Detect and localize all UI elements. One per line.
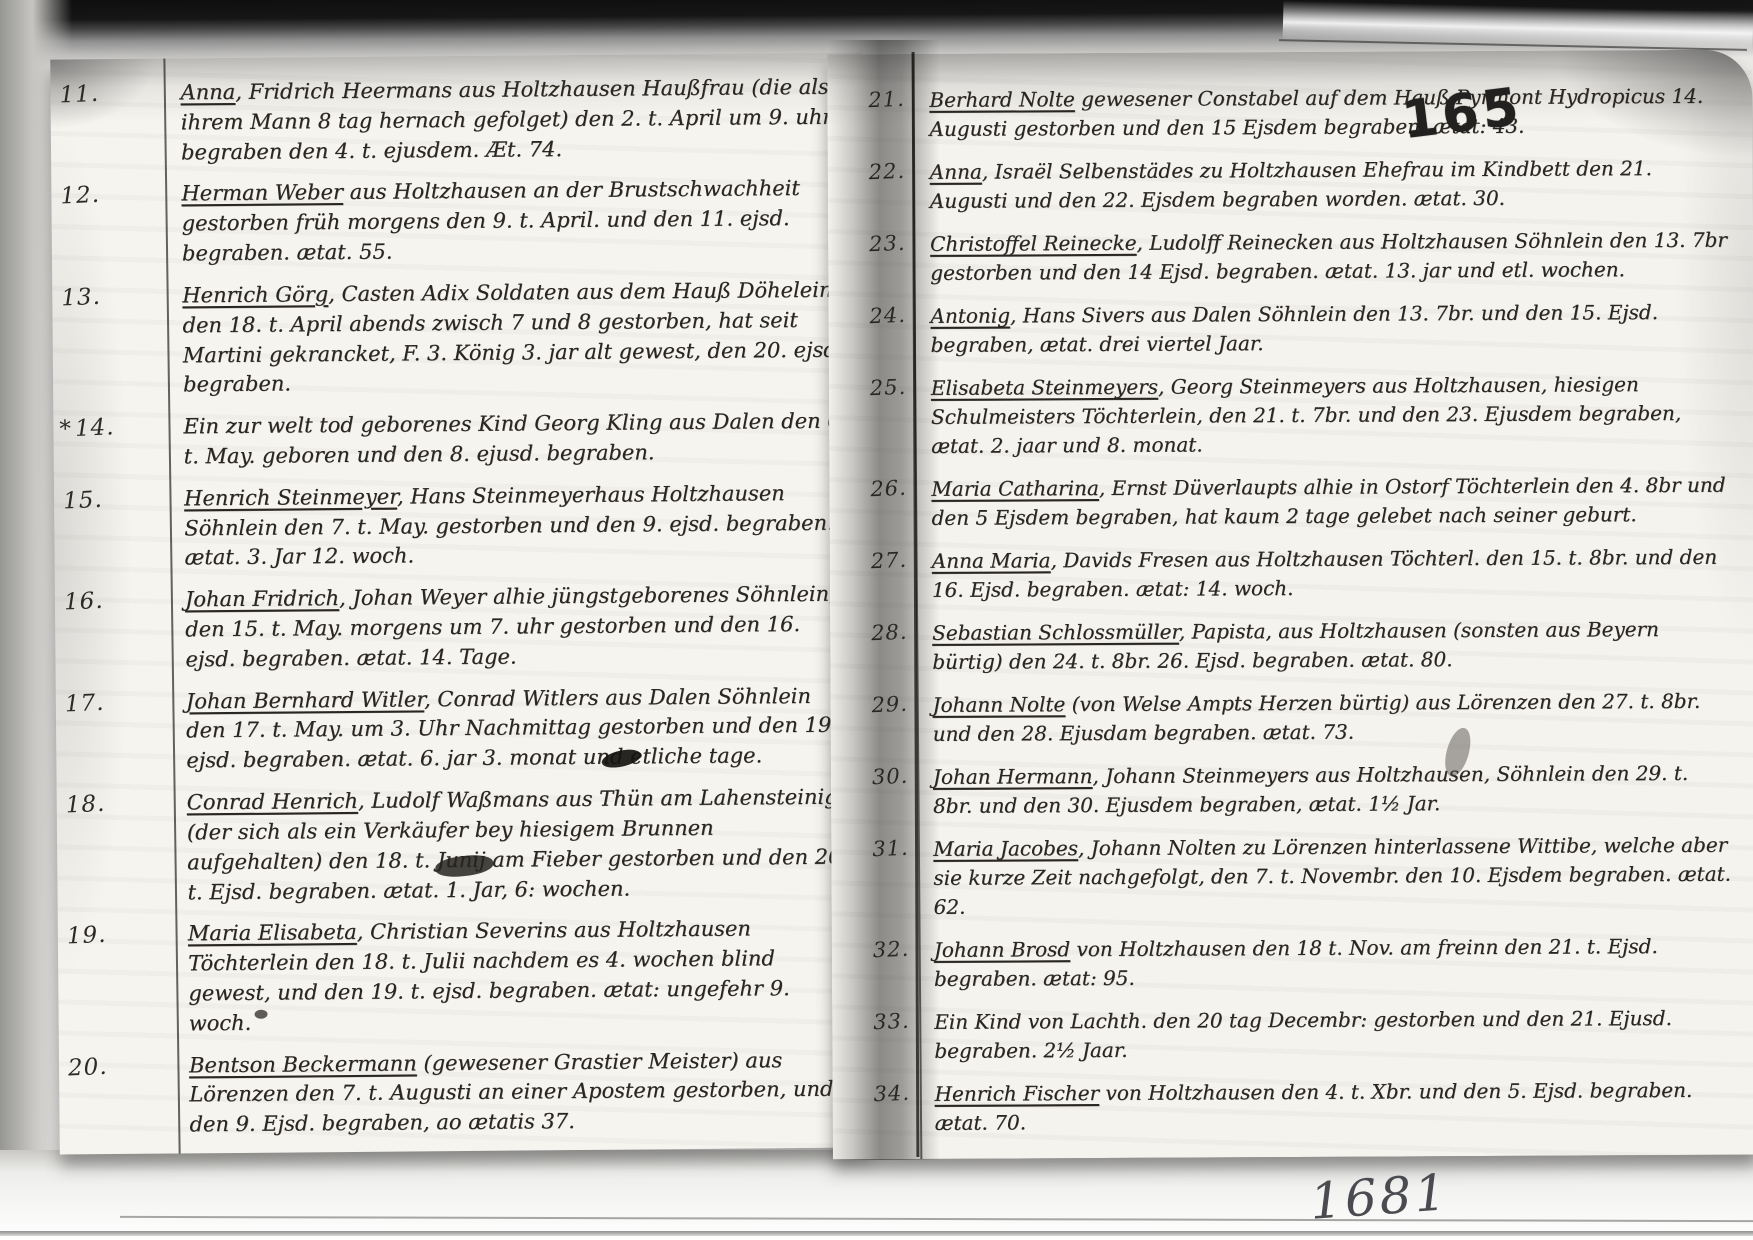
register-entry: 23. Christoffel Reinecke, Ludolff Reinec…	[866, 226, 1730, 289]
entry-name-underlined: Henrich Fischer	[934, 1081, 1099, 1106]
entry-name-underlined: Anna Maria	[932, 548, 1051, 573]
entry-name-underlined: Antonig	[930, 303, 1010, 327]
entry-number-text: 26.	[870, 476, 907, 501]
margin-star-mark	[870, 1082, 871, 1106]
entry-text: Henrich Steinmeyer, Hans Steinmeyerhaus …	[184, 478, 853, 573]
right-page: 21. Berhard Nolte gewesener Constabel au…	[827, 50, 1753, 1160]
margin-star-mark	[865, 160, 866, 184]
entry-number-text: 33.	[873, 1009, 910, 1034]
register-entry: 18. Conrad Henrich, Ludolf Waßmans aus T…	[63, 783, 856, 909]
entry-number-text: 13.	[61, 284, 102, 312]
register-entry: 16. Johan Fridrich, Johan Weyer alhie jü…	[61, 580, 854, 676]
margin-star-mark	[866, 376, 867, 400]
entry-number: 28.	[868, 618, 933, 646]
margin-star-mark	[867, 477, 868, 501]
entry-number-text: 19.	[66, 922, 107, 950]
register-entry: 33. Ein Kind von Lachth. den 20 tag Dece…	[870, 1004, 1734, 1067]
margin-star-mark	[867, 549, 868, 573]
entry-number-text: 12.	[60, 182, 101, 210]
register-entry: 26. Maria Catharina, Ernst Düverlaupts a…	[867, 471, 1731, 534]
entry-number-text: 11.	[59, 81, 100, 109]
entry-text: Henrich Görg, Casten Adix Soldaten aus d…	[182, 275, 851, 400]
entry-name-underlined: Johann Nolte	[932, 692, 1065, 717]
year-annotation: 1681	[1308, 1163, 1451, 1231]
entry-name-underlined: Johan Fridrich	[185, 586, 339, 611]
register-entry: 12. Herman Weber aus Holtzhausen an der …	[57, 174, 850, 270]
entry-number: 29.	[868, 690, 933, 718]
entry-number: 20.	[64, 1049, 189, 1081]
register-entry: 34. Henrich Fischer von Holtzhausen den …	[870, 1076, 1734, 1139]
entry-text: Antonig, Hans Sivers aus Dalen Söhnlein …	[930, 298, 1730, 360]
right-page-entries: 21. Berhard Nolte gewesener Constabel au…	[865, 82, 1735, 1153]
margin-star-mark: *	[59, 416, 73, 443]
entry-text: Anna Maria, Davids Fresen aus Holtzhause…	[932, 543, 1732, 605]
entry-number: 18.	[62, 786, 187, 818]
entry-number: 25.	[866, 373, 931, 401]
margin-star-mark	[60, 590, 61, 616]
entry-body-text: Ein zur welt tod geborenes Kind Georg Kl…	[183, 409, 847, 469]
entry-number-text: 31.	[872, 836, 909, 861]
entry-number: 22.	[865, 157, 930, 185]
entry-name-underlined: Conrad Henrich	[187, 789, 358, 814]
register-entry: 30. Johan Hermann, Johann Steinmeyers au…	[869, 759, 1733, 822]
margin-star-mark	[58, 286, 59, 312]
entry-text: Elisabeta Steinmeyers, Georg Steinmeyers…	[931, 370, 1731, 461]
margin-star-mark	[866, 304, 867, 328]
margin-star-mark	[865, 88, 866, 112]
register-entry: 11. Anna, Fridrich Heermans aus Holtzhau…	[56, 73, 849, 169]
entry-number-text: 22.	[868, 159, 905, 184]
margin-star-mark	[868, 621, 869, 645]
entry-text: Anna, Israël Selbenstädes zu Holtzhausen…	[930, 154, 1730, 216]
entry-number-text: 14.	[74, 414, 115, 442]
scanner-bottom-edge-line	[0, 1231, 1753, 1236]
entry-text: Ein zur welt tod geborenes Kind Georg Kl…	[183, 407, 851, 472]
entry-number-text: 29.	[871, 692, 908, 717]
entry-name-underlined: Bentson Beckermann	[189, 1051, 417, 1077]
entry-number-text: 25.	[869, 375, 906, 400]
entry-number-text: 20.	[68, 1053, 109, 1081]
entry-text: Conrad Henrich, Ludolf Waßmans aus Thün …	[187, 783, 856, 908]
margin-star-mark	[60, 488, 61, 514]
entry-number: 33.	[870, 1007, 935, 1035]
entry-number-text: 16.	[63, 588, 104, 616]
margin-star-mark	[56, 83, 57, 109]
register-entry: 25. Elisabeta Steinmeyers, Georg Steinme…	[867, 370, 1731, 462]
entry-body-text: , Israël Selbenstädes zu Holtzhausen Ehe…	[930, 156, 1652, 213]
entry-number-text: 23.	[869, 231, 906, 256]
entry-text: Sebastian Schlossmüller, Papista, aus Ho…	[932, 615, 1732, 677]
entry-name-underlined: Maria Elisabeta	[188, 920, 357, 945]
register-entry: 28. Sebastian Schlossmüller, Papista, au…	[868, 615, 1732, 678]
entry-text: Johan Bernhard Witler, Conrad Witlers au…	[186, 681, 855, 776]
entry-number: 34.	[870, 1079, 935, 1107]
entry-name-underlined: Maria Jacobes	[933, 836, 1078, 861]
register-entry: 22. Anna, Israël Selbenstädes zu Holtzha…	[866, 154, 1730, 217]
entry-body-text: , Davids Fresen aus Holtzhausen Töchterl…	[932, 545, 1717, 602]
entry-text: Johann Brosd von Holtzhausen den 18 t. N…	[934, 932, 1734, 994]
entry-text: Ein Kind von Lachth. den 20 tag Decembr:…	[934, 1004, 1734, 1066]
scanned-burial-register-spread: 11. Anna, Fridrich Heermans aus Holtzhau…	[0, 0, 1753, 1240]
entry-number: 15.	[60, 482, 185, 514]
entry-text: Maria Jacobes, Johann Nolten zu Lörenzen…	[933, 831, 1733, 922]
left-page-entries: 11. Anna, Fridrich Heermans aus Holtzhau…	[56, 73, 857, 1154]
register-entry: 32. Johann Brosd von Holtzhausen den 18 …	[870, 932, 1734, 995]
entry-number: 32.	[869, 935, 934, 963]
register-entry: 24. Antonig, Hans Sivers aus Dalen Söhnl…	[866, 298, 1730, 361]
entry-text: Henrich Fischer von Holtzhausen den 4. t…	[934, 1076, 1734, 1138]
entry-number-text: 34.	[873, 1081, 910, 1106]
entry-number: *14.	[59, 410, 184, 442]
register-entry: 15. Henrich Steinmeyer, Hans Steinmeyerh…	[60, 478, 853, 574]
entry-number: 17.	[61, 685, 186, 717]
margin-star-mark	[57, 184, 58, 210]
margin-star-mark	[869, 938, 870, 962]
entry-number: 23.	[866, 229, 931, 257]
register-entry: 19. Maria Elisabeta, Christian Severins …	[64, 914, 857, 1040]
entry-number: 13.	[58, 279, 183, 311]
entry-name-underlined: Johan Hermann	[933, 764, 1093, 789]
entry-number-text: 24.	[869, 303, 906, 328]
entry-number: 12.	[57, 178, 182, 210]
entry-body-text: , Fridrich Heermans aus Holtzhausen Hauß…	[181, 75, 842, 164]
register-entry: 29. Johann Nolte (von Welse Ampts Herzen…	[868, 687, 1732, 750]
entry-number: 19.	[63, 918, 188, 950]
entry-number: 21.	[865, 85, 930, 113]
margin-star-mark	[866, 232, 867, 256]
entry-text: Johan Hermann, Johann Steinmeyers aus Ho…	[933, 759, 1733, 821]
entry-name-underlined: Anna	[930, 160, 982, 184]
margin-star-mark	[61, 691, 62, 717]
margin-star-mark	[65, 1055, 66, 1081]
entry-body-text: , Hans Sivers aus Dalen Söhnlein den 13.…	[931, 300, 1659, 357]
entry-text: Anna, Fridrich Heermans aus Holtzhausen …	[180, 73, 849, 168]
entry-number-text: 27.	[870, 548, 907, 573]
entry-text: Christoffel Reinecke, Ludolff Reinecken …	[930, 226, 1730, 288]
entry-number-text: 15.	[63, 487, 104, 515]
entry-number-text: 30.	[871, 764, 908, 789]
entry-name-underlined: Maria Catharina	[931, 476, 1099, 501]
entry-name-underlined: Henrich Steinmeyer	[184, 484, 397, 510]
margin-star-mark	[63, 924, 64, 950]
entry-number-text: 17.	[64, 689, 105, 717]
entry-name-underlined: Herman Weber	[181, 180, 343, 205]
margin-star-mark	[870, 1010, 871, 1034]
entry-text: Maria Elisabeta, Christian Severins aus …	[188, 914, 857, 1039]
margin-star-mark	[869, 837, 870, 861]
entry-text: Bentson Beckermann (gewesener Grastier M…	[189, 1045, 858, 1140]
register-entry: 13. Henrich Görg, Casten Adix Soldaten a…	[58, 275, 851, 401]
entry-text: Berhard Nolte gewesener Constabel auf de…	[929, 82, 1729, 144]
entry-number: 11.	[56, 76, 181, 108]
entry-text: Maria Catharina, Ernst Düverlaupts alhie…	[931, 471, 1731, 533]
entry-number-text: 18.	[65, 791, 106, 819]
entry-number: 27.	[867, 546, 932, 574]
entry-name-underlined: Johann Brosd	[934, 937, 1070, 962]
entry-name-underlined: Christoffel Reinecke	[930, 231, 1137, 256]
register-entry: 20. Bentson Beckermann (gewesener Grasti…	[65, 1045, 858, 1141]
entry-text: Herman Weber aus Holtzhausen an der Brus…	[181, 174, 850, 269]
entry-number-text: 28.	[871, 620, 908, 645]
entry-number: 31.	[869, 834, 934, 862]
register-entry: 17. Johan Bernhard Witler, Conrad Witler…	[62, 681, 855, 777]
register-entry: 31. Maria Jacobes, Johann Nolten zu Löre…	[869, 831, 1733, 923]
entry-name-underlined: Johan Bernhard Witler	[186, 687, 424, 713]
entry-name-underlined: Berhard Nolte	[929, 87, 1075, 112]
entry-name-underlined: Anna	[180, 80, 235, 104]
entry-text: Johann Nolte (von Welse Ampts Herzen bür…	[932, 687, 1732, 749]
register-entry: 21. Berhard Nolte gewesener Constabel au…	[865, 82, 1729, 145]
margin-star-mark	[62, 793, 63, 819]
entry-name-underlined: Elisabeta Steinmeyers	[931, 375, 1158, 400]
entry-name-underlined: Sebastian Schlossmüller	[932, 620, 1179, 645]
left-page: 11. Anna, Fridrich Heermans aus Holtzhau…	[50, 52, 872, 1154]
entry-number: 24.	[866, 301, 931, 329]
book-bottom-edge	[0, 1150, 1753, 1240]
entry-number-text: 32.	[872, 937, 909, 962]
entry-number: 16.	[60, 583, 185, 615]
entry-number: 26.	[867, 474, 932, 502]
entry-number: 30.	[868, 762, 933, 790]
register-entry: *14. Ein zur welt tod geborenes Kind Geo…	[59, 407, 851, 474]
entry-body-text: Ein Kind von Lachth. den 20 tag Decembr:…	[934, 1006, 1672, 1063]
margin-star-mark	[868, 693, 869, 717]
entry-name-underlined: Henrich Görg	[182, 282, 328, 307]
margin-star-mark	[868, 765, 869, 789]
entry-text: Johan Fridrich, Johan Weyer alhie jüngst…	[185, 580, 854, 675]
register-entry: 27. Anna Maria, Davids Fresen aus Holtzh…	[868, 543, 1732, 606]
entry-number-text: 21.	[868, 87, 905, 112]
